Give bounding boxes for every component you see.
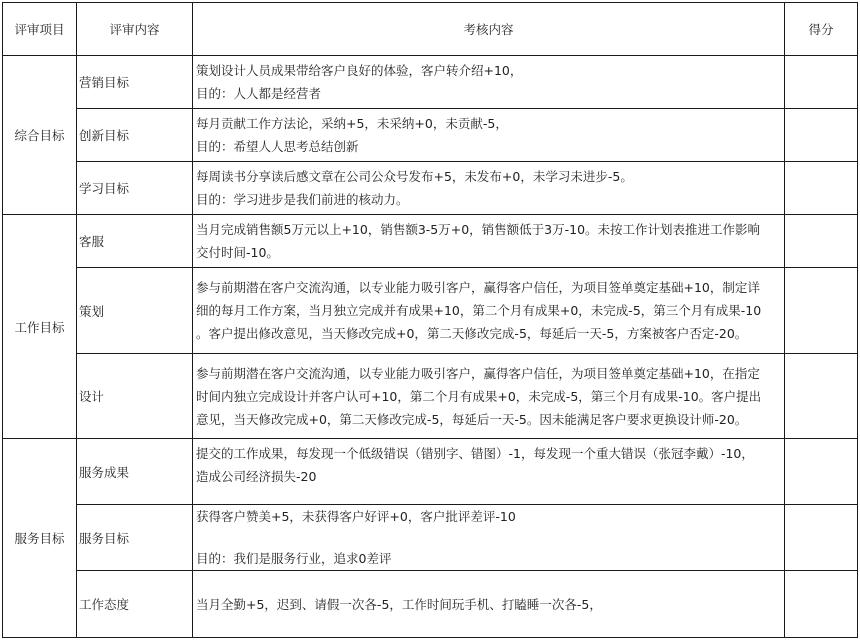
content-line: 细的每月工作方案，当月独立完成并有成果+10，第二个月有成果+0，未完成-5，第…	[196, 299, 781, 322]
content-line: 。客户提出修改意见，当天修改完成+0，第二天修改完成-5，每延后一天-5，方案被…	[196, 322, 781, 345]
content-line: 当月全勤+5，迟到、请假一次各-5，工作时间玩手机、打瞌睡一次各-5，	[196, 593, 781, 616]
score-cell[interactable]	[785, 215, 858, 268]
header-content: 考核内容	[193, 3, 785, 56]
content-line: 参与前期潜在客户交流沟通，以专业能力吸引客户，赢得客户信任，为项目签单奠定基础+…	[196, 362, 781, 385]
content-line: 每月贡献工作方法论，采纳+5，未采纳+0，未贡献-5，	[196, 112, 781, 135]
table-row: 策划 参与前期潜在客户交流沟通，以专业能力吸引客户，赢得客户信任，为项目签单奠定…	[3, 268, 858, 354]
score-cell[interactable]	[785, 109, 858, 162]
item-cell: 营销目标	[77, 56, 193, 109]
table-row: 学习目标 每周读书分享读后感文章在公司公众号发布+5，未发布+0，未学习未进步-…	[3, 162, 858, 215]
score-cell[interactable]	[785, 439, 858, 505]
category-cell: 综合目标	[3, 56, 77, 215]
score-cell[interactable]	[785, 56, 858, 109]
header-score: 得分	[785, 3, 858, 56]
content-line: 目的：我们是服务行业，追求0差评	[196, 548, 781, 569]
content-line: 目的：希望人人思考总结创新	[196, 135, 781, 158]
evaluation-table: 评审项目 评审内容 考核内容 得分 综合目标 营销目标 策划设计人员成果带给客户…	[2, 2, 858, 638]
table-row: 创新目标 每月贡献工作方法论，采纳+5，未采纳+0，未贡献-5， 目的：希望人人…	[3, 109, 858, 162]
content-line: 参与前期潜在客户交流沟通，以专业能力吸引客户，赢得客户信任，为项目签单奠定基础+…	[196, 276, 781, 299]
item-cell: 服务成果	[77, 439, 193, 505]
content-line: 交付时间-10。	[196, 241, 781, 264]
content-line: 每周读书分享读后感文章在公司公众号发布+5，未发布+0，未学习未进步-5。	[196, 165, 781, 188]
content-line: 当月完成销售额5万元以上+10，销售额3-5万+0，销售额低于3万-10。未按工…	[196, 218, 781, 241]
item-cell: 服务目标	[77, 505, 193, 571]
item-cell: 创新目标	[77, 109, 193, 162]
content-cell: 提交的工作成果，每发现一个低级错误（错别字、错图）-1，每发现一个重大错误（张冠…	[193, 439, 785, 505]
table-row: 工作目标 客服 当月完成销售额5万元以上+10，销售额3-5万+0，销售额低于3…	[3, 215, 858, 268]
item-cell: 策划	[77, 268, 193, 354]
content-cell: 当月完成销售额5万元以上+10，销售额3-5万+0，销售额低于3万-10。未按工…	[193, 215, 785, 268]
table-row: 设计 参与前期潜在客户交流沟通，以专业能力吸引客户，赢得客户信任，为项目签单奠定…	[3, 354, 858, 439]
header-category: 评审项目	[3, 3, 77, 56]
category-cell: 工作目标	[3, 215, 77, 439]
header-item: 评审内容	[77, 3, 193, 56]
content-cell: 参与前期潜在客户交流沟通，以专业能力吸引客户，赢得客户信任，为项目签单奠定基础+…	[193, 268, 785, 354]
score-cell[interactable]	[785, 268, 858, 354]
score-cell[interactable]	[785, 162, 858, 215]
category-cell: 服务目标	[3, 439, 77, 638]
table-row: 综合目标 营销目标 策划设计人员成果带给客户良好的体验，客户转介绍+10， 目的…	[3, 56, 858, 109]
content-line: 策划设计人员成果带给客户良好的体验，客户转介绍+10，	[196, 59, 781, 82]
content-cell: 策划设计人员成果带给客户良好的体验，客户转介绍+10， 目的：人人都是经营者	[193, 56, 785, 109]
item-cell: 学习目标	[77, 162, 193, 215]
table-row: 服务目标 获得客户赞美+5，未获得客户好评+0，客户批评差评-10 目的：我们是…	[3, 505, 858, 571]
content-line: 获得客户赞美+5，未获得客户好评+0，客户批评差评-10	[196, 506, 781, 527]
content-line: 时间内独立完成设计并客户认可+10，第二个月有成果+0，未完成-5，第三个月有成…	[196, 385, 781, 408]
item-cell: 工作态度	[77, 571, 193, 638]
score-cell[interactable]	[785, 354, 858, 439]
content-line: 目的：人人都是经营者	[196, 82, 781, 105]
content-cell: 每月贡献工作方法论，采纳+5，未采纳+0，未贡献-5， 目的：希望人人思考总结创…	[193, 109, 785, 162]
score-cell[interactable]	[785, 571, 858, 638]
table-row: 工作态度 当月全勤+5，迟到、请假一次各-5，工作时间玩手机、打瞌睡一次各-5，	[3, 571, 858, 638]
content-cell: 参与前期潜在客户交流沟通，以专业能力吸引客户，赢得客户信任，为项目签单奠定基础+…	[193, 354, 785, 439]
content-line: 提交的工作成果，每发现一个低级错误（错别字、错图）-1，每发现一个重大错误（张冠…	[196, 442, 781, 465]
item-cell: 设计	[77, 354, 193, 439]
item-cell: 客服	[77, 215, 193, 268]
content-line	[196, 527, 781, 548]
score-cell[interactable]	[785, 505, 858, 571]
content-cell: 获得客户赞美+5，未获得客户好评+0，客户批评差评-10 目的：我们是服务行业，…	[193, 505, 785, 571]
content-line: 目的：学习进步是我们前进的核动力。	[196, 188, 781, 211]
content-line: 意见，当天修改完成+0，第二天修改完成-5，每延后一天-5。因未能满足客户要求更…	[196, 408, 781, 431]
header-row: 评审项目 评审内容 考核内容 得分	[3, 3, 858, 56]
table-row: 服务目标 服务成果 提交的工作成果，每发现一个低级错误（错别字、错图）-1，每发…	[3, 439, 858, 505]
content-cell: 每周读书分享读后感文章在公司公众号发布+5，未发布+0，未学习未进步-5。 目的…	[193, 162, 785, 215]
content-line: 造成公司经济损失-20	[196, 465, 781, 488]
content-cell: 当月全勤+5，迟到、请假一次各-5，工作时间玩手机、打瞌睡一次各-5，	[193, 571, 785, 638]
